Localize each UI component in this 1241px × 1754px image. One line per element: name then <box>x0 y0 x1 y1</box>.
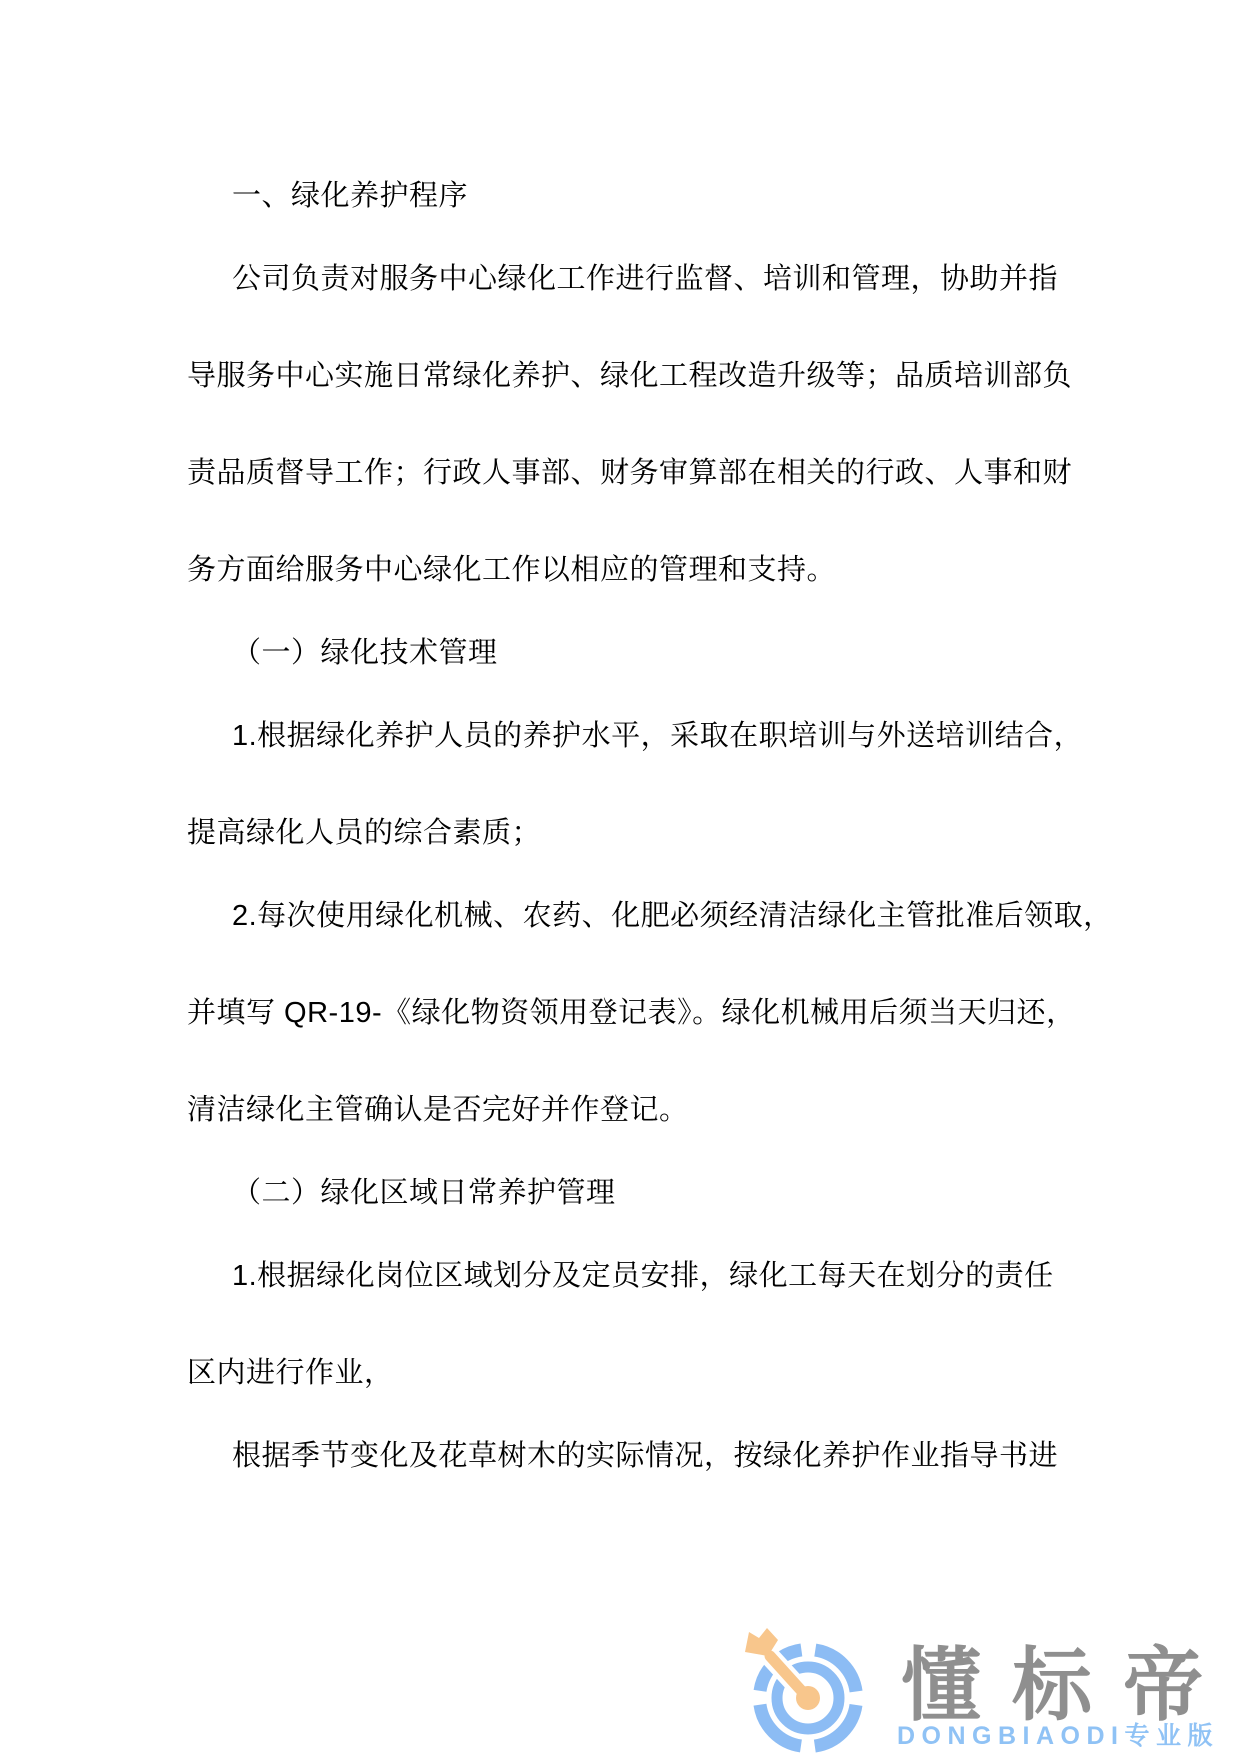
body-text-line: 责品质督导工作；行政人事部、财务审算部在相关的行政、人事和财 <box>187 425 1067 522</box>
body-text-line: 导服务中心实施日常绿化养护、绿化工程改造升级等；品质培训部负 <box>187 328 1067 425</box>
body-text-line: 1.根据绿化养护人员的养护水平，采取在职培训与外送培训结合， <box>187 688 1067 785</box>
body-text-line: 1.根据绿化岗位区域划分及定员安排，绿化工每天在划分的责任 <box>187 1228 1067 1325</box>
target-center-dot <box>796 1686 820 1710</box>
target-dart-icon <box>740 1625 870 1754</box>
dart-shaft <box>770 1656 808 1698</box>
body-text-line: 2.每次使用绿化机械、农药、化肥必须经清洁绿化主管批准后领取， <box>187 868 1067 965</box>
target-middle-ring <box>777 1667 839 1729</box>
dart-fletching <box>745 1628 778 1656</box>
target-outer-ring <box>760 1650 857 1747</box>
watermark-brand-subtitle: DONGBIAODI专业版 <box>897 1724 1219 1749</box>
body-text-line: 公司负责对服务中心绿化工作进行监督、培训和管理，协助并指 <box>187 231 1067 328</box>
body-text-line: 根据季节变化及花草树木的实际情况，按绿化养护作业指导书进 <box>187 1408 1067 1505</box>
dart-halo <box>766 1652 808 1698</box>
document-page: 一、绿化养护程序 公司负责对服务中心绿化工作进行监督、培训和管理，协助并指 导服… <box>0 0 1241 1754</box>
document-body: 一、绿化养护程序 公司负责对服务中心绿化工作进行监督、培训和管理，协助并指 导服… <box>187 162 1067 1505</box>
watermark-brand-name: 懂标帝 <box>901 1646 1234 1726</box>
body-text-line: 并填写 QR-19-《绿化物资领用登记表》。绿化机械用后须当天归还， <box>187 965 1067 1062</box>
